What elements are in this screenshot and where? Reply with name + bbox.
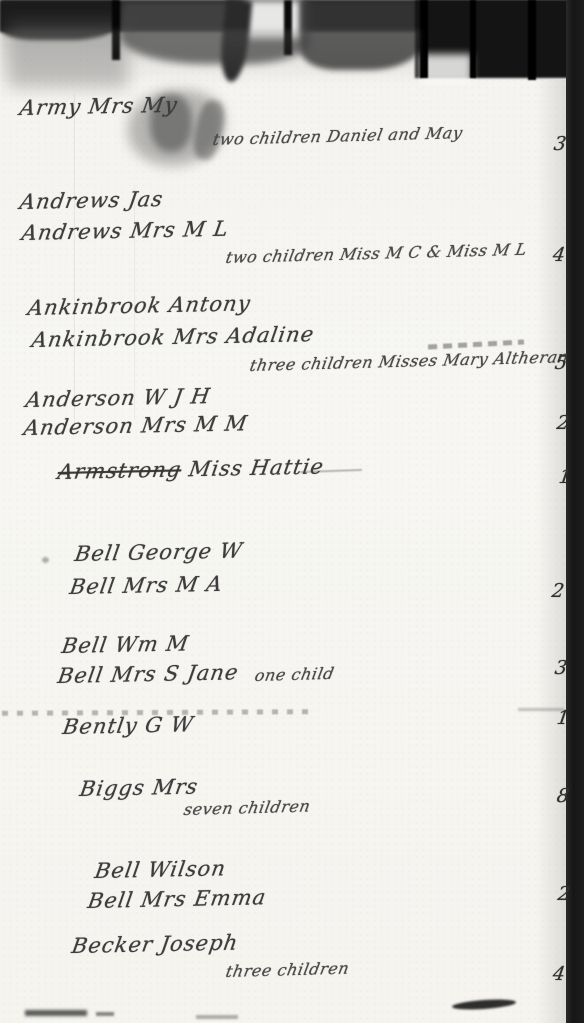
entry-name-line: Andrews Jas (18, 187, 165, 214)
entry-name-line: Anderson Mrs M M (22, 411, 249, 440)
entry-name-line: Becker Joseph (70, 931, 240, 958)
entry-name-line: Bell Mrs Emma (86, 885, 268, 913)
entry-children-note: three children Misses Mary Altheran (248, 347, 570, 375)
entry-children-note: seven children (182, 796, 312, 819)
page-edge-shadow (536, 80, 566, 1023)
entry-name-line: Bell Mrs S Jane (56, 660, 240, 688)
scan-mark (96, 1012, 114, 1016)
film-edge-bar (528, 0, 536, 80)
film-edge-bar (470, 0, 476, 78)
scan-mark (196, 1015, 238, 1019)
scan-mark (25, 1010, 87, 1016)
ink-speck (42, 557, 49, 563)
entry-name-rest: Miss Hattie (180, 454, 326, 481)
entry-name-line: Armstrong Miss Hattie (56, 454, 326, 484)
scan-mark (452, 998, 516, 1011)
entry-children-note: three children (224, 959, 351, 981)
crease-line (74, 95, 75, 425)
struck-surname: Armstrong (56, 457, 183, 484)
entry-name-line: Bell Mrs M A (68, 572, 225, 599)
film-edge-bar-right (566, 0, 584, 1023)
entry-name-line: Bell Wm M (60, 631, 191, 658)
scan-band-fade (0, 30, 420, 85)
scanned-register-page: Army Mrs My two children Daniel and May … (0, 0, 584, 1023)
entry-name-line: Andrews Mrs M L (20, 217, 231, 245)
entry-children-note: two children Daniel and May (211, 123, 464, 149)
entry-name-line: Biggs Mrs (78, 775, 200, 801)
entry-children-note: two children Miss M C & Miss M L (224, 240, 528, 267)
film-edge-bar (420, 0, 428, 78)
entry-name-line: Bell George W (73, 539, 244, 566)
entry-name-line: Army Mrs My (18, 93, 179, 120)
entry-name-line: Bell Wilson (93, 856, 228, 883)
entry-name-line: Bently G W (61, 712, 195, 739)
entry-children-note: one child (253, 664, 336, 685)
entry-name-line: Anderson W J H (24, 384, 212, 412)
entry-name-line: Ankinbrook Mrs Adaline (30, 322, 316, 352)
entry-name-line: Ankinbrook Antony (26, 291, 252, 320)
